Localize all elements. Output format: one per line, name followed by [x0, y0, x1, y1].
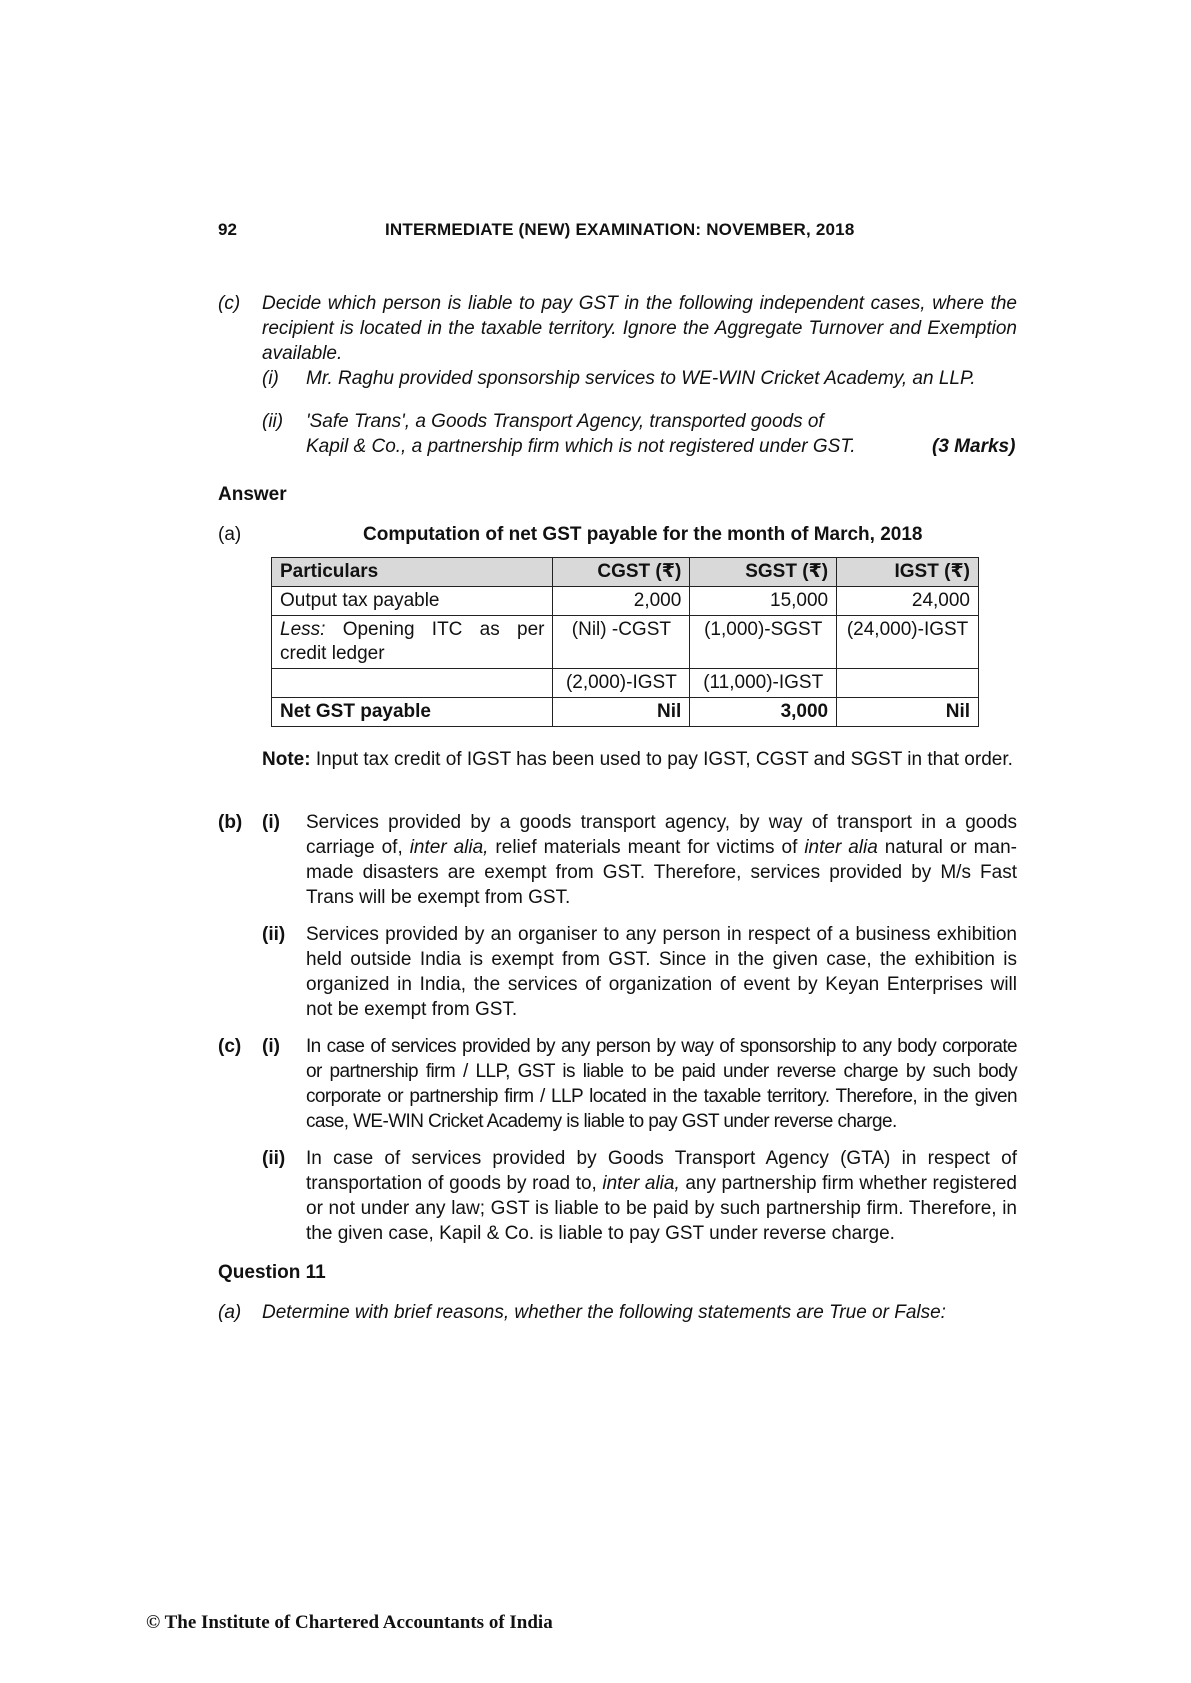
text-segment: relief materials meant for victims of [488, 837, 804, 858]
page-header-title: INTERMEDIATE (NEW) EXAMINATION: NOVEMBER… [385, 220, 855, 240]
answer-a-label: (a) [218, 522, 241, 547]
answer-heading: Answer [218, 482, 287, 507]
question-c-item-label: (ii) [262, 409, 283, 434]
cell-sgst: (11,000)-IGST [690, 669, 837, 698]
column-header: SGST (₹) [690, 558, 837, 587]
answer-b-i-label: (i) [262, 810, 280, 835]
answer-c-ii-label: (ii) [262, 1146, 285, 1171]
cell-particulars: Output tax payable [272, 587, 553, 616]
cell-sgst: 15,000 [690, 587, 837, 616]
note-label: Note: [262, 749, 311, 770]
answer-c-ii-text: In case of services provided by Goods Tr… [306, 1146, 1017, 1246]
cell-igst: 24,000 [837, 587, 979, 616]
column-header: CGST (₹) [553, 558, 690, 587]
question-c-item-label: (i) [262, 366, 279, 391]
cell-cgst: Nil [553, 698, 690, 727]
cell-particulars: Net GST payable [272, 698, 553, 727]
cell-sgst: 3,000 [690, 698, 837, 727]
table-total-row: Net GST payable Nil 3,000 Nil [272, 698, 979, 727]
cell-igst: (24,000)-IGST [837, 616, 979, 669]
gst-computation-table: Particulars CGST (₹) SGST (₹) IGST (₹) O… [271, 557, 979, 727]
answer-b-ii-label: (ii) [262, 922, 285, 947]
cell-igst [837, 669, 979, 698]
answer-c-i-label: (i) [262, 1034, 280, 1059]
copyright-footer: © The Institute of Chartered Accountants… [146, 1612, 553, 1634]
italic-segment: inter alia [804, 837, 878, 858]
italic-segment: inter alia, [410, 837, 489, 858]
cell-sgst: (1,000)-SGST [690, 616, 837, 669]
italic-segment: inter alia, [602, 1173, 679, 1194]
cell-particulars [272, 669, 553, 698]
table-row: (2,000)-IGST (11,000)-IGST [272, 669, 979, 698]
note-text: Input tax credit of IGST has been used t… [311, 749, 1013, 770]
cell-particulars: Less: Opening ITC as per credit ledger [272, 616, 553, 669]
table-row: Output tax payable 2,000 15,000 24,000 [272, 587, 979, 616]
column-header: Particulars [272, 558, 553, 587]
cell-igst: Nil [837, 698, 979, 727]
question-c-text: Decide which person is liable to pay GST… [262, 291, 1017, 366]
marks-label: (3 Marks) [932, 434, 1015, 459]
question-c-label: (c) [218, 291, 240, 316]
less-prefix: Less: [280, 619, 325, 640]
question-c-item-text: Mr. Raghu provided sponsorship services … [306, 366, 1017, 391]
table-note: Note: Input tax credit of IGST has been … [262, 747, 1017, 772]
answer-b-ii-text: Services provided by an organiser to any… [306, 922, 1017, 1022]
question-c-item-text: 'Safe Trans', a Goods Transport Agency, … [306, 409, 866, 459]
question-11-a-label: (a) [218, 1300, 241, 1325]
cell-cgst: (2,000)-IGST [553, 669, 690, 698]
answer-c-i-text: In case of services provided by any pers… [306, 1034, 1017, 1134]
cell-cgst: (Nil) -CGST [553, 616, 690, 669]
table-caption: Computation of net GST payable for the m… [363, 522, 923, 547]
answer-b-i-text: Services provided by a goods transport a… [306, 810, 1017, 910]
table-header-row: Particulars CGST (₹) SGST (₹) IGST (₹) [272, 558, 979, 587]
table-row: Less: Opening ITC as per credit ledger (… [272, 616, 979, 669]
page-number: 92 [218, 220, 237, 240]
cell-cgst: 2,000 [553, 587, 690, 616]
answer-b-label: (b) [218, 810, 242, 835]
question-11-heading: Question 11 [218, 1260, 326, 1285]
answer-c-label: (c) [218, 1034, 241, 1059]
question-11-a-text: Determine with brief reasons, whether th… [262, 1300, 946, 1325]
column-header: IGST (₹) [837, 558, 979, 587]
